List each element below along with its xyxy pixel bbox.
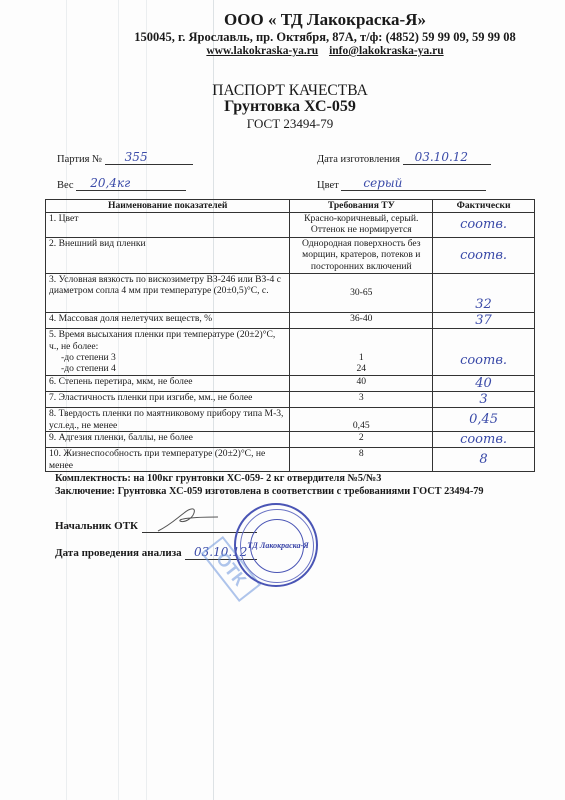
manufacture-date-field: Дата изготовления 03.10.12: [317, 152, 491, 165]
table-row: 8. Твердость пленки по маятниковому приб…: [46, 408, 535, 432]
indicator-name: 2. Внешний вид пленки: [46, 238, 290, 274]
actual-value: соотв.: [460, 353, 507, 368]
color-field: Цвет серый: [317, 178, 486, 191]
table-row: 3. Условная вязкость по вискозиметру ВЗ-…: [46, 274, 535, 313]
company-address: 150045, г. Ярославль, пр. Октября, 87А, …: [0, 30, 565, 45]
analysis-date-label: Дата проведения анализа: [55, 547, 182, 559]
indicator-name: 7. Эластичность пленки при изгибе, мм., …: [46, 391, 290, 407]
requirement-value: 2: [290, 431, 433, 447]
requirement-value: 0,45: [290, 408, 433, 432]
requirement-subvalue: 1: [293, 352, 429, 363]
requirement-value: 40: [290, 375, 433, 391]
company-name: ООО « ТД Лакокраска-Я»: [0, 10, 565, 30]
table-row: 9. Адгезия пленки, баллы, не более 2 соо…: [46, 431, 535, 447]
company-contacts: www.lakokraska-ya.ru info@lakokraska-ya.…: [0, 45, 565, 57]
batch-line: 355: [105, 152, 193, 165]
actual-value: соотв.: [460, 217, 507, 232]
table-row: 1. Цвет Красно-коричневый, серый. Оттено…: [46, 213, 535, 238]
header-actual: Фактически: [433, 200, 535, 213]
requirement-value: 30-65: [290, 274, 433, 313]
indicator-name: 8. Твердость пленки по маятниковому приб…: [46, 408, 290, 432]
actual-value: соотв.: [460, 432, 507, 447]
header-requirement: Требования ТУ: [290, 200, 433, 213]
company-round-stamp: ТД Лакокраска-Я: [234, 503, 318, 587]
table-row: 2. Внешний вид пленки Однородная поверхн…: [46, 238, 535, 274]
manufacture-date-line: 03.10.12: [403, 152, 491, 165]
standard-reference: ГОСТ 23494-79: [0, 116, 565, 132]
weight-label: Вес: [57, 180, 74, 191]
actual-value: 37: [475, 313, 492, 328]
indicator-name: 10. Жизнеспособность при температуре (20…: [46, 448, 290, 472]
actual-value: 40: [475, 376, 492, 391]
conclusion-statement: Заключение: Грунтовка ХС-059 изготовлена…: [55, 486, 484, 497]
otk-head-label: Начальник ОТК: [55, 520, 138, 532]
requirement-subvalue: 24: [293, 363, 429, 374]
requirement-value: 3: [290, 391, 433, 407]
batch-label: Партия №: [57, 154, 102, 165]
color-value: серый: [363, 176, 402, 190]
indicator-name: 6. Степень перетира, мкм, не более: [46, 375, 290, 391]
actual-value: 3: [479, 392, 487, 407]
requirement-value: Однородная поверхность без морщин, крате…: [290, 238, 433, 274]
manufacture-date-label: Дата изготовления: [317, 154, 400, 165]
indicator-name: 1. Цвет: [46, 213, 290, 238]
actual-value: 8: [479, 452, 487, 467]
indicator-name: 9. Адгезия пленки, баллы, не более: [46, 431, 290, 447]
color-label: Цвет: [317, 180, 339, 191]
actual-value: 32: [475, 297, 492, 312]
product-name: Грунтовка ХС-059: [0, 98, 565, 116]
quality-spec-table: Наименование показателей Требования ТУ Ф…: [45, 199, 535, 472]
table-row: 10. Жизнеспособность при температуре (20…: [46, 448, 535, 472]
website-link[interactable]: www.lakokraska-ya.ru: [206, 45, 318, 57]
requirement-value: 36-40: [290, 313, 433, 329]
actual-value: 0,45: [469, 412, 498, 427]
color-line: серый: [341, 178, 486, 191]
indicator-subitem: -до степени 3: [49, 352, 286, 363]
batch-value: 355: [125, 150, 148, 164]
stamp-center-text: ТД Лакокраска-Я: [242, 541, 314, 550]
header-indicator: Наименование показателей: [46, 200, 290, 213]
indicator-name: 5. Время высыхания пленки при температур…: [49, 329, 286, 352]
weight-field: Вес 20,4кг: [57, 178, 186, 191]
table-row: 5. Время высыхания пленки при температур…: [46, 329, 535, 375]
weight-line: 20,4кг: [76, 178, 186, 191]
indicator-subitem: -до степени 4: [49, 363, 286, 374]
table-row: 4. Массовая доля нелетучих веществ, % 36…: [46, 313, 535, 329]
requirement-value: Красно-коричневый, серый. Оттенок не нор…: [290, 213, 433, 238]
table-header-row: Наименование показателей Требования ТУ Ф…: [46, 200, 535, 213]
manufacture-date-value: 03.10.12: [415, 150, 468, 164]
table-row: 6. Степень перетира, мкм, не более 40 40: [46, 375, 535, 391]
otk-head-signature: [150, 505, 220, 533]
indicator-name: 4. Массовая доля нелетучих веществ, %: [46, 313, 290, 329]
actual-value: соотв.: [460, 248, 507, 263]
table-row: 7. Эластичность пленки при изгибе, мм., …: [46, 391, 535, 407]
requirement-value: 8: [290, 448, 433, 472]
batch-field: Партия № 355: [57, 152, 193, 165]
email-link[interactable]: info@lakokraska-ya.ru: [329, 45, 444, 57]
indicator-name: 3. Условная вязкость по вискозиметру ВЗ-…: [46, 274, 290, 313]
weight-value: 20,4кг: [90, 176, 130, 190]
completeness-statement: Комплектность: на 100кг грунтовки ХС-059…: [55, 473, 381, 484]
